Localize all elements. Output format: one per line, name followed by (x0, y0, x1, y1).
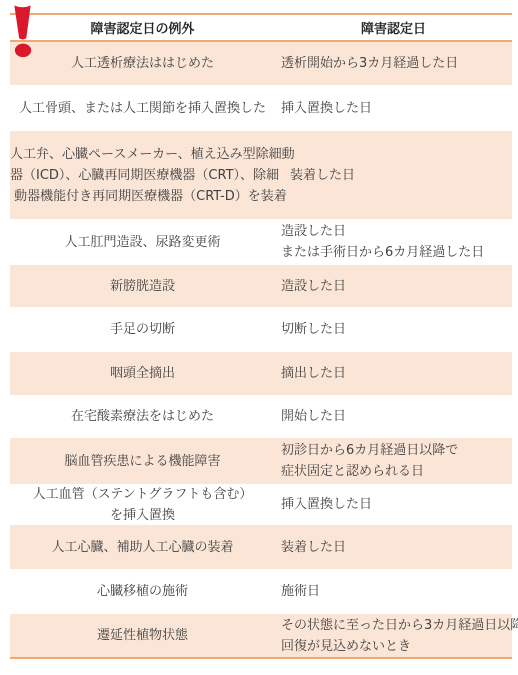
table-row: 人工骨頭、または人工関節を挿入置換した 挿入置換した日 (10, 85, 512, 131)
exception-line: 新膀胱造設 (10, 276, 275, 297)
exception-line: 脳血管疾患による機能障害 (10, 451, 275, 472)
exception-cell: 在宅酸素療法をはじめた (10, 406, 275, 427)
table-row: 在宅酸素療法をはじめた 開始した日 (10, 395, 512, 438)
date-cell: 開始した日 (275, 406, 512, 427)
date-line: 施術日 (281, 581, 512, 602)
exception-cell: 遷延性植物状態 (10, 625, 275, 646)
date-line: 回復が見込めないとき (281, 636, 512, 657)
table-rows: 人工透析療法ははじめた 透析開始から3カ月経過した日 人工骨頭、または人工関節を… (10, 42, 512, 659)
exception-cell: 手足の切断 (10, 319, 275, 340)
date-line: または手術日から6カ月経過した日 (281, 242, 512, 263)
date-cell: 初診日から6カ月経過日以降で症状固定と認められる日 (275, 440, 512, 482)
exception-cell: 人工骨頭、または人工関節を挿入置換した (10, 98, 275, 119)
exception-line: 心臓移植の施術 (10, 581, 275, 602)
exception-line: を挿入置換 (10, 505, 275, 526)
table-row: 人工心臓、補助人工心臓の装着 装着した日 (10, 525, 512, 569)
date-cell: 挿入置換した日 (275, 494, 512, 515)
table-row: 新膀胱造設 造設した日 (10, 265, 512, 307)
date-cell: 摘出した日 (275, 363, 512, 384)
date-cell: 切断した日 (275, 319, 512, 340)
table-row: 脳血管疾患による機能障害 初診日から6カ月経過日以降で症状固定と認められる日 (10, 438, 512, 484)
table-header-row: 障害認定日の例外 障害認定日 (10, 13, 512, 42)
column-header-date: 障害認定日 (275, 18, 512, 37)
exception-line: 人工透析療法ははじめた (10, 53, 275, 74)
exception-line: 動器機能付き再同期医療機器（CRT-D）を装着 (10, 186, 275, 207)
date-cell: 装着した日 (275, 165, 512, 186)
table-row: 人工肛門造設、尿路変更術 造設した日または手術日から6カ月経過した日 (10, 219, 512, 265)
exception-cell: 人工血管（ステントグラフトも含む）を挿入置換 (10, 484, 275, 526)
table-row: 遷延性植物状態 その状態に至った日から3カ月経過日以降、回復が見込めないとき (10, 614, 512, 659)
date-cell: 挿入置換した日 (275, 98, 512, 119)
column-header-exception: 障害認定日の例外 (10, 18, 275, 37)
exception-line: 在宅酸素療法をはじめた (10, 406, 275, 427)
exception-cell: 心臓移植の施術 (10, 581, 275, 602)
exception-line: 人工弁、心臓ペースメーカー、植え込み型除細動 (10, 144, 275, 165)
exception-line: 人工心臓、補助人工心臓の装着 (10, 537, 275, 558)
date-line: 初診日から6カ月経過日以降で (281, 440, 512, 461)
exception-cell: 人工透析療法ははじめた (10, 53, 275, 74)
date-cell: その状態に至った日から3カ月経過日以降、回復が見込めないとき (275, 615, 512, 657)
date-cell: 造設した日 (275, 276, 512, 297)
table-row: 手足の切断 切断した日 (10, 307, 512, 352)
date-line: 透析開始から3カ月経過した日 (281, 53, 512, 74)
date-line: 造設した日 (281, 276, 512, 297)
exception-cell: 人工肛門造設、尿路変更術 (10, 232, 275, 253)
table-row: 咽頭全摘出 摘出した日 (10, 352, 512, 395)
recognition-date-table: 障害認定日の例外 障害認定日 人工透析療法ははじめた 透析開始から3カ月経過した… (10, 13, 512, 659)
date-line: 症状固定と認められる日 (281, 461, 512, 482)
date-line: 装着した日 (290, 165, 512, 186)
exception-cell: 咽頭全摘出 (10, 363, 275, 384)
exception-cell: 人工心臓、補助人工心臓の装着 (10, 537, 275, 558)
exception-line: 器（ICD）、心臓再同期医療機器（CRT）、除細 (10, 165, 275, 186)
page-root: 障害認定日の例外 障害認定日 人工透析療法ははじめた 透析開始から3カ月経過した… (0, 0, 518, 675)
exception-line: 人工血管（ステントグラフトも含む） (10, 484, 275, 505)
date-line: その状態に至った日から3カ月経過日以降、 (281, 615, 512, 636)
exception-cell: 新膀胱造設 (10, 276, 275, 297)
table-row: 心臓移植の施術 施術日 (10, 569, 512, 614)
table-row: 人工透析療法ははじめた 透析開始から3カ月経過した日 (10, 42, 512, 85)
exclamation-icon (13, 4, 32, 58)
exception-cell: 人工弁、心臓ペースメーカー、植え込み型除細動器（ICD）、心臓再同期医療機器（C… (10, 144, 275, 207)
table-row: 人工血管（ステントグラフトも含む）を挿入置換 挿入置換した日 (10, 484, 512, 525)
date-line: 切断した日 (281, 319, 512, 340)
date-line: 装着した日 (281, 537, 512, 558)
exception-cell: 脳血管疾患による機能障害 (10, 451, 275, 472)
date-cell: 造設した日または手術日から6カ月経過した日 (275, 221, 512, 263)
exception-line: 咽頭全摘出 (10, 363, 275, 384)
exception-line: 人工肛門造設、尿路変更術 (10, 232, 275, 253)
date-line: 摘出した日 (281, 363, 512, 384)
date-line: 挿入置換した日 (281, 494, 512, 515)
date-cell: 施術日 (275, 581, 512, 602)
date-line: 開始した日 (281, 406, 512, 427)
exception-line: 遷延性植物状態 (10, 625, 275, 646)
exception-line: 手足の切断 (10, 319, 275, 340)
exception-line: 人工骨頭、または人工関節を挿入置換した (10, 98, 275, 119)
date-cell: 装着した日 (275, 537, 512, 558)
table-row: 人工弁、心臓ペースメーカー、植え込み型除細動器（ICD）、心臓再同期医療機器（C… (10, 131, 512, 219)
date-cell: 透析開始から3カ月経過した日 (275, 53, 512, 74)
date-line: 造設した日 (281, 221, 512, 242)
date-line: 挿入置換した日 (281, 98, 512, 119)
